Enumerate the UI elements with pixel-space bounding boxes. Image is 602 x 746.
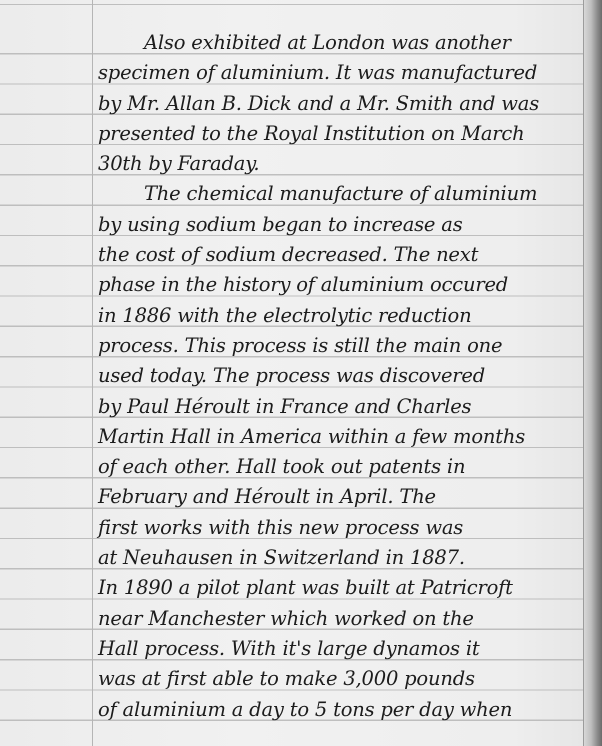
text-line: at Neuhausen in Switzerland in 1887. [98,543,568,573]
text-line: Hall process. With it's large dynamos it [98,634,568,664]
text-line: was at first able to make 3,000 pounds [98,664,568,694]
text-line: first works with this new process was [98,513,568,543]
text-line: Also exhibited at London was another [98,28,568,58]
handwritten-text: Also exhibited at London was another spe… [98,28,568,725]
text-line: phase in the history of aluminium occure… [98,270,568,300]
text-line: The chemical manufacture of aluminium [98,179,568,209]
text-line: February and Héroult in April. The [98,482,568,512]
notebook-binding [584,0,602,746]
text-line: by Paul Héroult in France and Charles [98,392,568,422]
text-line: Martin Hall in America within a few mont… [98,422,568,452]
text-line: by Mr. Allan B. Dick and a Mr. Smith and… [98,89,568,119]
text-line: by using sodium began to increase as [98,210,568,240]
text-line: process. This process is still the main … [98,331,568,361]
notebook-page: Also exhibited at London was another spe… [0,0,602,746]
margin-line [92,0,93,746]
text-line: specimen of aluminium. It was manufactur… [98,58,568,88]
text-line: used today. The process was discovered [98,361,568,391]
text-line: In 1890 a pilot plant was built at Patri… [98,573,568,603]
text-line: near Manchester which worked on the [98,604,568,634]
text-line: the cost of sodium decreased. The next [98,240,568,270]
text-line: of aluminium a day to 5 tons per day whe… [98,695,568,725]
text-line: presented to the Royal Institution on Ma… [98,119,568,149]
text-line: 30th by Faraday. [98,149,568,179]
text-line: of each other. Hall took out patents in [98,452,568,482]
text-line: in 1886 with the electrolytic reduction [98,301,568,331]
